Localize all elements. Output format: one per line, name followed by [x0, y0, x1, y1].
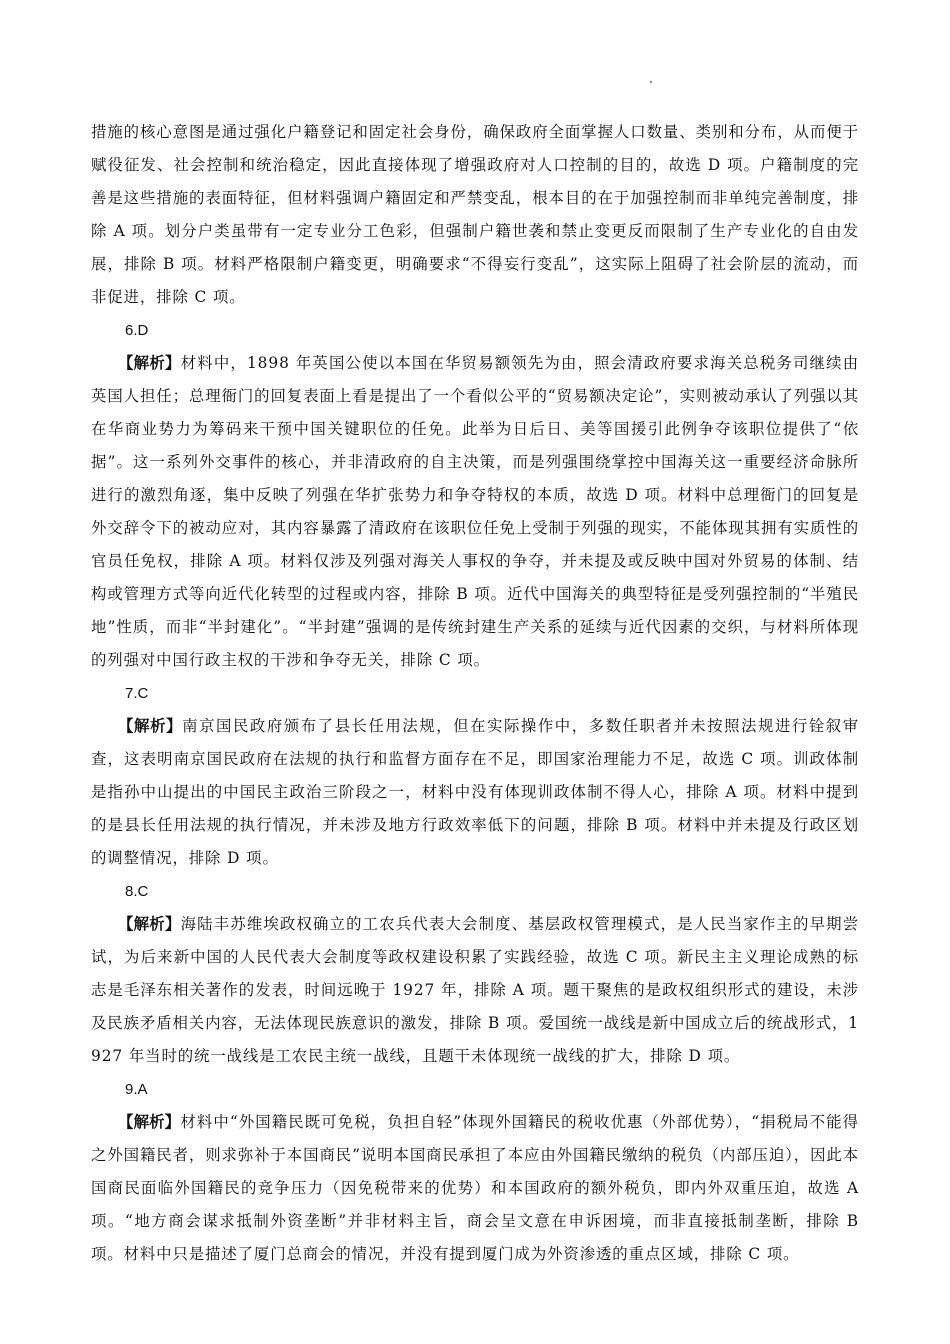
continuation-paragraph: 措施的核心意图是通过强化户籍登记和固定社会身份，确保政府全面掌握人口数量、类别和… — [91, 116, 859, 314]
analysis-tag: 【解析】 — [118, 1113, 180, 1131]
question-6-answer: 6.D — [91, 314, 859, 347]
analysis-text: 海陆丰苏维埃政权确立的工农兵代表大会制度、基层政权管理模式，是人民当家作主的早期… — [91, 915, 859, 1065]
question-9-analysis: 【解析】材料中“外国籍民既可免税，负担自轻”体现外国籍民的税收优惠（外部优势），… — [91, 1106, 859, 1271]
page-marker-dot — [650, 81, 652, 83]
analysis-tag: 【解析】 — [118, 717, 182, 735]
question-6-analysis: 【解析】材料中，1898 年英国公使以本国在华贸易额领先为由，照会清政府要求海关… — [91, 347, 859, 677]
analysis-tag: 【解析】 — [118, 915, 181, 933]
answer-analysis-document: 措施的核心意图是通过强化户籍登记和固定社会身份，确保政府全面掌握人口数量、类别和… — [91, 116, 859, 1271]
question-7-answer: 7.C — [91, 677, 859, 710]
analysis-text: 材料中，1898 年英国公使以本国在华贸易额领先为由，照会清政府要求海关总税务司… — [91, 354, 859, 669]
analysis-text: 材料中“外国籍民既可免税，负担自轻”体现外国籍民的税收优惠（外部优势），“捐税局… — [91, 1113, 859, 1263]
analysis-tag: 【解析】 — [118, 354, 181, 372]
analysis-text: 南京国民政府颁布了县长任用法规，但在实际操作中，多数任职者并未按照法规进行铨叙审… — [91, 717, 859, 867]
question-8-analysis: 【解析】海陆丰苏维埃政权确立的工农兵代表大会制度、基层政权管理模式，是人民当家作… — [91, 908, 859, 1073]
question-9-answer: 9.A — [91, 1073, 859, 1106]
question-7-analysis: 【解析】南京国民政府颁布了县长任用法规，但在实际操作中，多数任职者并未按照法规进… — [91, 710, 859, 875]
question-8-answer: 8.C — [91, 875, 859, 908]
